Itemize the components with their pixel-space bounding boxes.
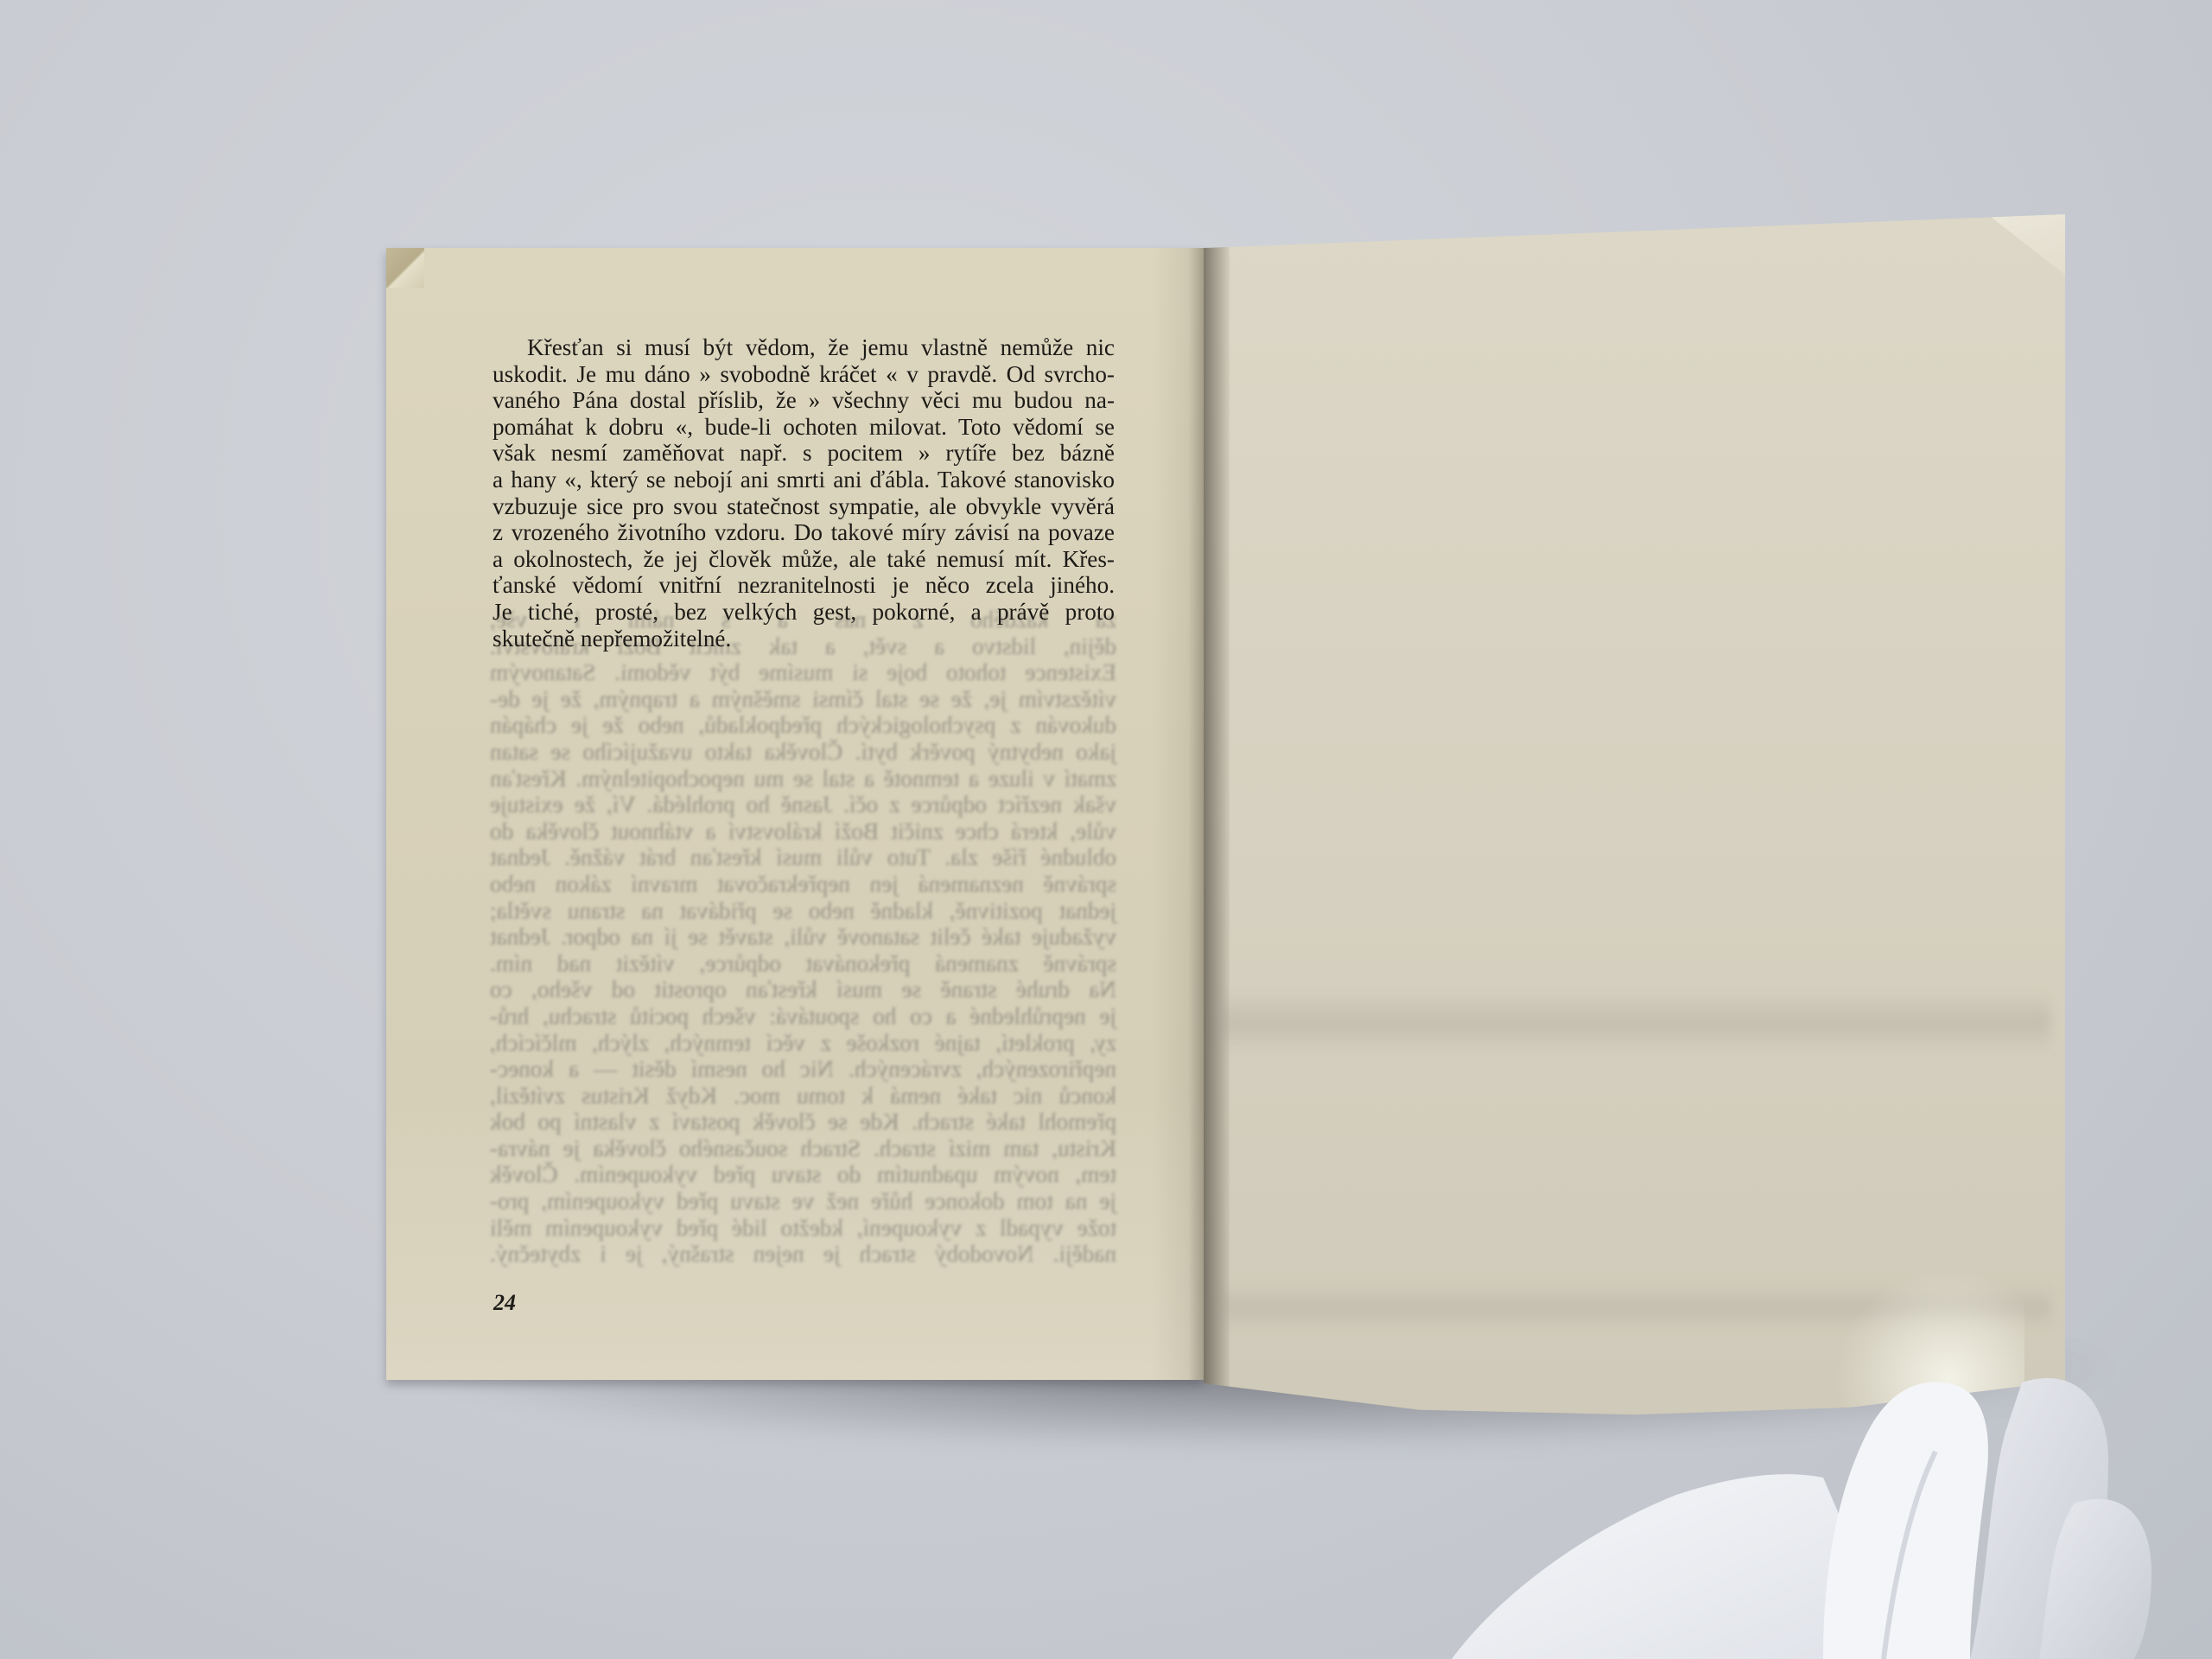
page-crease	[1221, 992, 2050, 1052]
text-line: pomáhat k dobru «, bude-li ochoten milov…	[493, 414, 1115, 441]
body-paragraph: Křesťan si musí být vědom, že jemu vlast…	[493, 334, 1115, 652]
photo-scene: za každého z nás a s námi i vše, dějin, …	[0, 0, 2212, 1659]
show-through-line: tem, novým upadnutím do stavu před vykou…	[490, 1161, 1116, 1188]
show-through-line: je na tom dokonce hůře než ve stavu před…	[490, 1188, 1116, 1215]
text-line: ťanské vědomí vnitřní nezranitelnosti je…	[493, 572, 1115, 599]
corner-fold	[1987, 214, 2065, 275]
text-line: Křesťan si musí být vědom, že jemu vlast…	[493, 334, 1115, 361]
show-through-line: je neprůhledné a co ho spoutává: všech p…	[490, 1003, 1116, 1030]
show-through-line: správně neznamená jen nepřekračovat mrav…	[490, 871, 1116, 898]
text-line: však nesmí zaměňovat např. s pocitem » r…	[493, 440, 1115, 467]
show-through-line: správně znamená překonávat odpůrce, vítě…	[490, 950, 1116, 977]
show-through-line: však nezříct odpůrce z očí. Jasně ho pro…	[490, 791, 1116, 818]
show-through-line: konců nic také nemá k tomu moc. Když Kri…	[490, 1083, 1116, 1109]
show-through-line: naději. Novodobý strach je nejen strašný…	[490, 1241, 1116, 1268]
show-through-line: vyžaduje také čelit satanově vůli, stavě…	[490, 924, 1116, 950]
show-through-line: vůle, která chce zničit Boží království …	[490, 818, 1116, 845]
show-through-line: Na druhé straně se musí křesťan oprostit…	[490, 976, 1116, 1003]
text-line: Je tiché, prosté, bez velkých gest, poko…	[493, 599, 1115, 626]
show-through-line: zmatí v iluze a temnotě a stal se mu nep…	[490, 766, 1116, 792]
show-through-line: jednat pozitivně, kladně nebo se přidáva…	[490, 898, 1116, 925]
text-line: a okolnostech, že jej člověk může, ale t…	[493, 546, 1115, 573]
show-through-line: přemohl také strach. Kde se člověk posta…	[490, 1109, 1116, 1135]
text-line: skutečně nepřemožitelné.	[493, 626, 1115, 652]
text-line: a hany «, který se nebojí ani smrti ani …	[493, 467, 1115, 493]
show-through-line: zy, prokletí, tajné rozkoše z věcí temný…	[490, 1030, 1116, 1057]
show-through-line: dukován z psychologických předpokladů, n…	[490, 712, 1116, 739]
text-line: uskodit. Je mu dáno » svobodně kráčet « …	[493, 361, 1115, 388]
show-through-line: tože vypadl z vykoupení, kdežto lidé pře…	[490, 1215, 1116, 1242]
page-number: 24	[493, 1290, 516, 1316]
show-through-line: obludné říše zla. Tuto vůli musí křesťan…	[490, 844, 1116, 871]
text-line: vzbuzuje sice pro svou statečnost sympat…	[493, 493, 1115, 520]
show-through-line: Kristu, tam mizí strach. Strach současné…	[490, 1135, 1116, 1162]
show-through-line: Existence tohoto boje si musíme být vědo…	[490, 659, 1116, 686]
left-page: za každého z nás a s námi i vše, dějin, …	[386, 248, 1204, 1380]
show-through-line: vítězstvím je, že se stal čímsi směšným …	[490, 686, 1116, 713]
text-line: vaného Pána dostal příslib, že » všechny…	[493, 387, 1115, 414]
text-line: z vrozeného životního vzdoru. Do takové …	[493, 519, 1115, 546]
gloved-hand-icon	[1417, 1331, 2212, 1659]
show-through-line: nepřirozených, zvrácených. Nic ho nesmí …	[490, 1056, 1116, 1083]
show-through-text: za každého z nás a s námi i vše, dějin, …	[490, 607, 1116, 1268]
right-page-blank	[1204, 214, 2065, 1417]
show-through-line: jako nebytný pověrk bytí. Člověka takto …	[490, 739, 1116, 766]
